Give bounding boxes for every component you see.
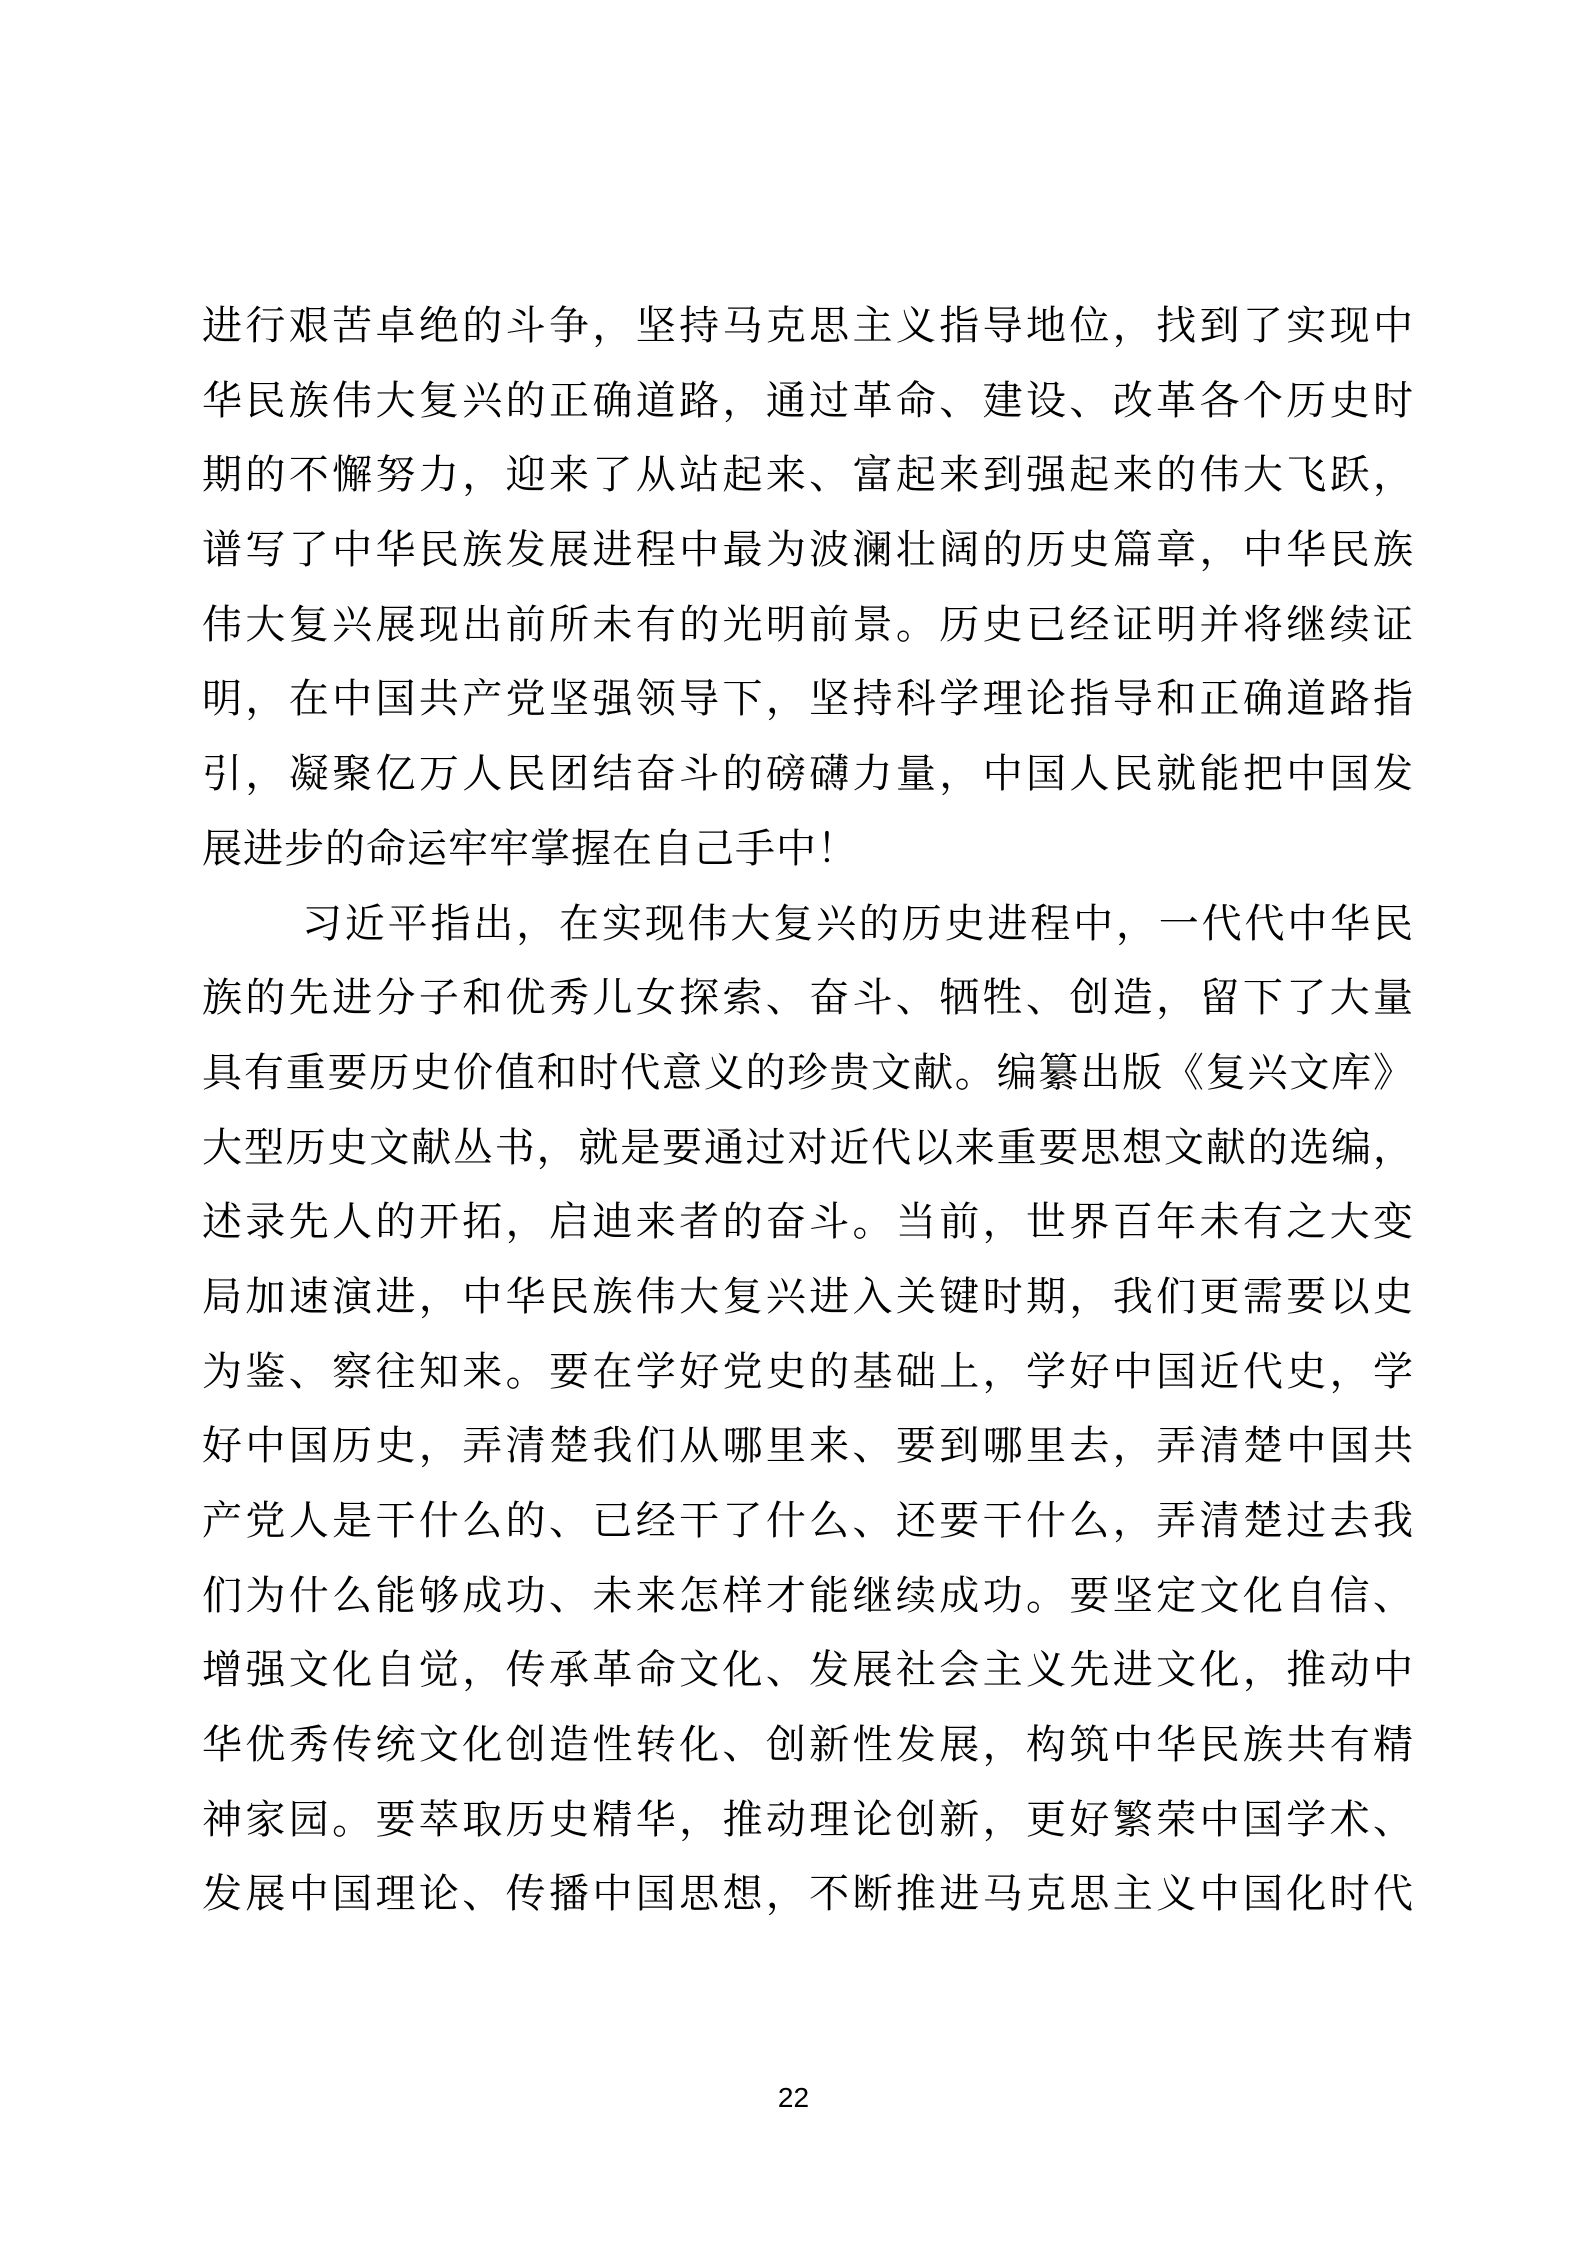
text-line: 述录先人的开拓，启迪来者的奋斗。当前，世界百年未有之大变 bbox=[202, 1185, 1414, 1260]
text-line: 们为什么能够成功、未来怎样才能继续成功。要坚定文化自信、 bbox=[202, 1559, 1414, 1634]
text-line: 华优秀传统文化创造性转化、创新性发展，构筑中华民族共有精 bbox=[202, 1708, 1414, 1783]
text-line: 具有重要历史价值和时代意义的珍贵文献。编纂出版《复兴文库》 bbox=[202, 1036, 1414, 1111]
page-number: 22 bbox=[0, 2084, 1587, 2112]
text-line: 族的先进分子和优秀儿女探索、奋斗、牺牲、创造，留下了大量 bbox=[202, 961, 1414, 1036]
text-line: 增强文化自觉，传承革命文化、发展社会主义先进文化，推动中 bbox=[202, 1633, 1414, 1708]
text-line: 产党人是干什么的、已经干了什么、还要干什么，弄清楚过去我 bbox=[202, 1484, 1414, 1559]
text-line: 发展中国理论、传播中国思想，不断推进马克思主义中国化时代 bbox=[202, 1857, 1414, 1932]
document-page: 进行艰苦卓绝的斗争，坚持马克思主义指导地位，找到了实现中华民族伟大复兴的正确道路… bbox=[0, 0, 1587, 2245]
text-line: 引，凝聚亿万人民团结奋斗的磅礴力量，中国人民就能把中国发 bbox=[202, 737, 1414, 812]
body-text: 进行艰苦卓绝的斗争，坚持马克思主义指导地位，找到了实现中华民族伟大复兴的正确道路… bbox=[202, 289, 1414, 1932]
text-line: 期的不懈努力，迎来了从站起来、富起来到强起来的伟大飞跃， bbox=[202, 438, 1414, 513]
text-line: 展进步的命运牢牢掌握在自己手中！ bbox=[202, 812, 1414, 887]
text-line: 局加速演进，中华民族伟大复兴进入关键时期，我们更需要以史 bbox=[202, 1260, 1414, 1335]
text-line: 习近平指出，在实现伟大复兴的历史进程中，一代代中华民 bbox=[202, 887, 1414, 962]
text-line: 为鉴、察往知来。要在学好党史的基础上，学好中国近代史，学 bbox=[202, 1335, 1414, 1410]
text-line: 明，在中国共产党坚强领导下，坚持科学理论指导和正确道路指 bbox=[202, 662, 1414, 737]
text-line: 伟大复兴展现出前所未有的光明前景。历史已经证明并将继续证 bbox=[202, 588, 1414, 663]
text-line: 华民族伟大复兴的正确道路，通过革命、建设、改革各个历史时 bbox=[202, 364, 1414, 439]
text-line: 神家园。要萃取历史精华，推动理论创新，更好繁荣中国学术、 bbox=[202, 1783, 1414, 1858]
text-line: 谱写了中华民族发展进程中最为波澜壮阔的历史篇章，中华民族 bbox=[202, 513, 1414, 588]
text-line: 进行艰苦卓绝的斗争，坚持马克思主义指导地位，找到了实现中 bbox=[202, 289, 1414, 364]
text-line: 好中国历史，弄清楚我们从哪里来、要到哪里去，弄清楚中国共 bbox=[202, 1409, 1414, 1484]
text-line: 大型历史文献丛书，就是要通过对近代以来重要思想文献的选编， bbox=[202, 1111, 1414, 1186]
